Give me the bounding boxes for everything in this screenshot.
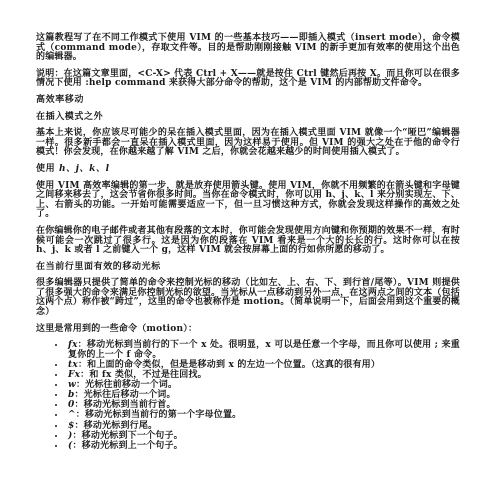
motion-description: ：和 fx 类似，不过是往回找。 [80, 370, 207, 380]
list-item: fx：移动光标到当前行的下一个 x 处。很明显，x 可以是任意一个字母，而且你可… [66, 341, 460, 360]
motion-description: ：移动光标到下一个句子。 [72, 431, 182, 441]
section-heading-efficient-movement: 高效率移动 [36, 96, 460, 106]
motion-description: ：光标往前移动一个词。 [76, 380, 177, 390]
motion-description: ：移动光标到当前行的第一个字母位置。 [76, 410, 242, 420]
motion-description: ：移动光标到当前行的下一个 x 处。很明显，x 可以是任意一个字母，而且你可以使… [68, 340, 460, 360]
subheading-use-hjkl: 使用 h、j、k、l [36, 165, 460, 175]
motion-list-intro: 这里是常用到的一些命令（motion）： [36, 325, 460, 335]
editors-paragraph: 很多编辑器只提供了简单的命令来控制光标的移动（比如左、上、右、下、到行首/尾等）… [36, 279, 460, 317]
document-page: 这篇教程写了在不同工作模式下使用 VIM 的一些基本技巧——即插入模式（inse… [0, 0, 495, 495]
motion-command-list: fx：移动光标到当前行的下一个 x 处。很明显，x 可以是任意一个字母，而且你可… [36, 341, 460, 451]
list-item: (：移动光标到上一个句子。 [66, 442, 460, 452]
motion-description: ：移动光标到当前行首。 [74, 400, 175, 410]
motion-description: ：和上面的命令类似，但是是移动到 x 的左边一个位置。（这真的很有用） [78, 360, 380, 370]
subheading-hjkl-prefix: 使用 [36, 164, 59, 174]
motion-description: ：移动光标到行尾。 [74, 421, 157, 431]
subheading-line-cursor-movement: 在当前行里面有效的移动光标 [36, 263, 460, 273]
motion-command: w [68, 380, 76, 390]
motion-command: ^ [68, 410, 76, 420]
subheading-outside-insert-mode: 在插入模式之外 [36, 113, 460, 123]
basic-paragraph: 基本上来说，你应该尽可能少的呆在插入模式里面，因为在插入模式里面 VIM 就像一… [36, 129, 460, 158]
motion-command: fx [68, 340, 78, 350]
intro-paragraph: 这篇教程写了在不同工作模式下使用 VIM 的一些基本技巧——即插入模式（inse… [36, 34, 460, 63]
subheading-hjkl-keys: h、j、k、l [59, 164, 110, 174]
motion-command: Fx [68, 370, 80, 380]
motion-command: tx [68, 360, 78, 370]
note-paragraph: 说明：在这篇文章里面，<C-X> 代表 Ctrl + X——就是按住 Ctrl … [36, 70, 460, 89]
email-paragraph: 在你编辑你的电子邮件或者其他有段落的文本时，你可能会发现使用方向键和你预期的效果… [36, 227, 460, 256]
arrows-paragraph: 使用 VIM 高效率编辑的第一步，就是放弃使用箭头键。使用 VIM，你就不用频繁… [36, 182, 460, 220]
motion-description: ：光标往后移动一个词。 [75, 390, 176, 400]
motion-description: ：移动光标到上一个句子。 [72, 441, 182, 451]
